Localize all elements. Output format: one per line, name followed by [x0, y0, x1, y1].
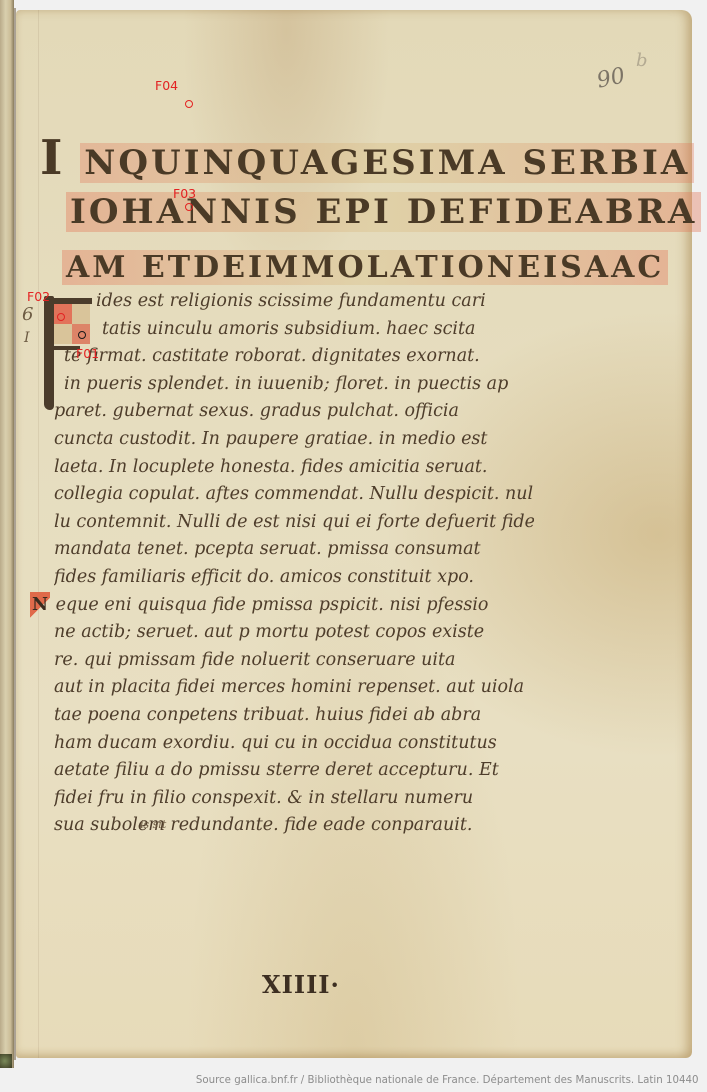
rubric-line-1-text: NQUINQUAGESIMA SERBIA — [80, 143, 694, 183]
text-line: collegia copulat. aftes commendat. Nullu… — [54, 481, 534, 509]
body-text: ides est religionis scissime fundamentu … — [54, 288, 534, 840]
text-line: in pueris splendet. in iuuenib; floret. … — [54, 371, 534, 399]
text-line: ne actib; seruet. aut p mortu potest cop… — [54, 619, 534, 647]
rubric-initial-n: N — [30, 592, 50, 620]
text-line: aut in placita fidei merces homini repen… — [54, 674, 534, 702]
marker-point-f03[interactable] — [185, 203, 193, 211]
text-line: lu contemnit. Nulli de est nisi qui ei f… — [54, 509, 534, 537]
rubric-line-3-text: AM ETDEIMMOLATIONEISAAC — [62, 250, 668, 285]
interlinear-gloss: is sit — [140, 818, 166, 831]
text-line: paret. gubernat sexus. gradus pulchat. o… — [54, 398, 534, 426]
marker-label-f04: F04 — [155, 78, 178, 93]
quire-signature: XIIII· — [262, 970, 340, 999]
marker-point-f04[interactable] — [185, 100, 193, 108]
marker-label-f03: F03 — [173, 186, 196, 201]
marker-point-f02[interactable] — [57, 313, 65, 321]
rubric-initial-i: I — [40, 130, 65, 186]
binding-thread — [0, 1054, 12, 1068]
rubric-line-1: I NQUINQUAGESIMA SERBIA — [40, 130, 694, 186]
marker-label-f02: F02 — [27, 289, 50, 304]
source-caption: Source gallica.bnf.fr / Bibliothèque nat… — [196, 1073, 699, 1086]
text-line: cuncta custodit. In paupere gratiae. in … — [54, 426, 534, 454]
marker-point-f01[interactable] — [78, 331, 86, 339]
text-line: ides est religionis scissime fundamentu … — [54, 288, 534, 316]
manuscript-viewer: b 90 I NQUINQUAGESIMA SERBIA IOHANNIS EP… — [0, 0, 707, 1092]
margin-mark-i: I — [24, 330, 30, 346]
text-line: re. qui pmissam fide noluerit conseruare… — [54, 647, 534, 675]
text-line: laeta. In locuplete honesta. fides amici… — [54, 454, 534, 482]
text-line: mandata tenet. pcepta seruat. pmissa con… — [54, 536, 534, 564]
text-line: te firmat. castitate roborat. dignitates… — [54, 343, 534, 371]
text-line: fidei fru in filio conspexit. & in stell… — [54, 785, 534, 813]
text-line: ham ducam exordiu. qui cu in occidua con… — [54, 730, 534, 758]
folio-faint-mark: b — [636, 50, 648, 71]
rubric-line-2-text: IOHANNIS EPI DEFIDEABRA — [66, 192, 701, 232]
rubric-line-2: IOHANNIS EPI DEFIDEABRA — [66, 192, 701, 232]
margin-mark-6: 6 — [22, 304, 33, 325]
text-line-content: eque eni quisqua fide pmissa pspicit. ni… — [56, 595, 489, 615]
text-line: tae poena conpetens tribuat. huius fidei… — [54, 702, 534, 730]
text-line-with-rubric-n: N eque eni quisqua fide pmissa pspicit. … — [30, 592, 534, 620]
marker-label-f01: F01 — [76, 346, 99, 361]
text-line: aetate filiu a do pmissu sterre deret ac… — [54, 757, 534, 785]
ruling-line — [38, 10, 39, 1058]
book-binding — [0, 0, 14, 1068]
initial-stem — [44, 296, 54, 410]
rubric-line-3: AM ETDEIMMOLATIONEISAAC — [62, 250, 668, 285]
text-line: sua subolem redundante. fide eade conpar… — [54, 812, 534, 840]
text-line: fides familiaris efficit do. amicos cons… — [54, 564, 534, 592]
text-line: tatis uinculu amoris subsidium. haec sci… — [54, 316, 534, 344]
